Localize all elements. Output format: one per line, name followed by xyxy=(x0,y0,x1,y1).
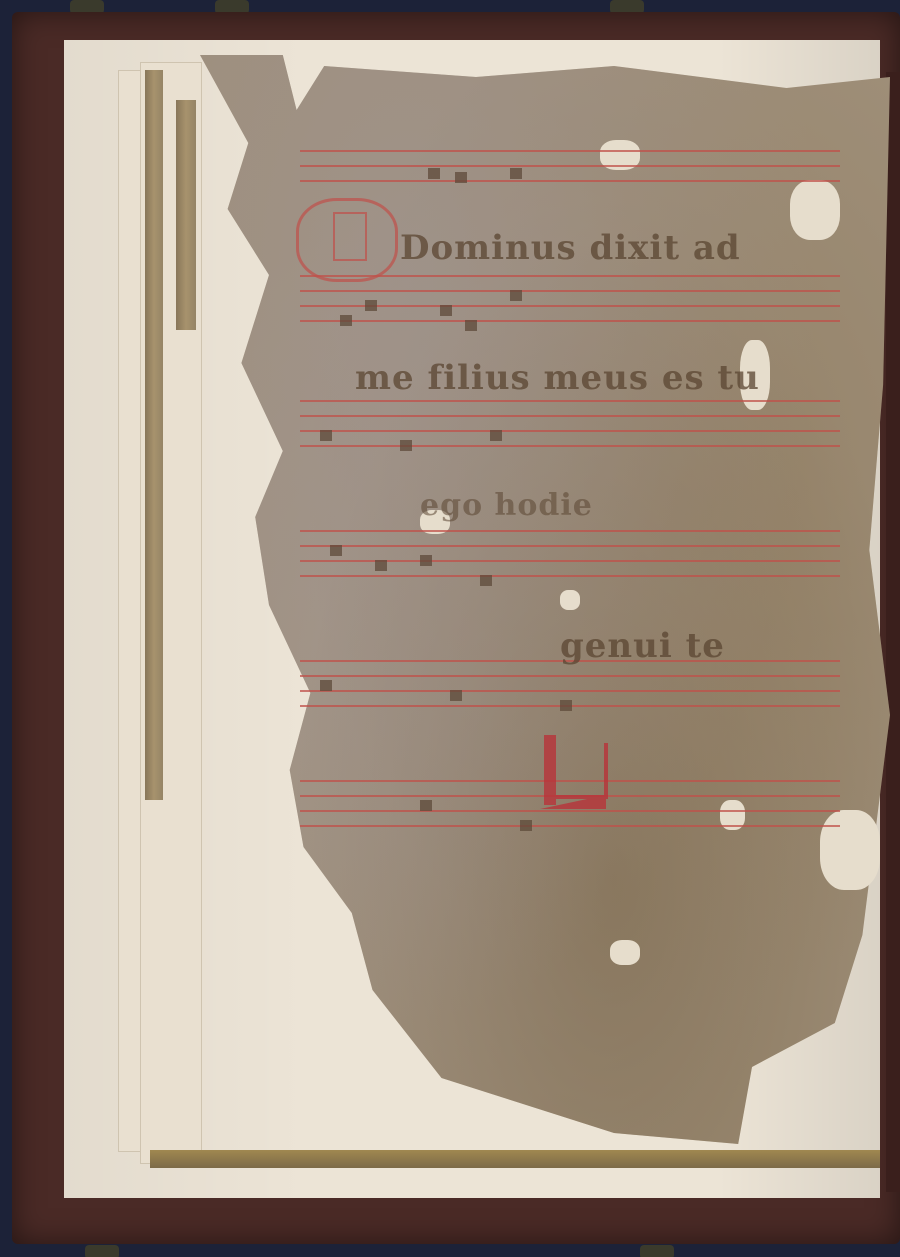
neume xyxy=(520,820,532,831)
neume xyxy=(340,315,352,326)
staff-5 xyxy=(300,660,840,720)
neume xyxy=(480,575,492,586)
neume xyxy=(428,168,440,179)
damage-hole xyxy=(610,940,640,965)
neume xyxy=(330,545,342,556)
neume xyxy=(510,168,522,179)
clasp-bottom-right xyxy=(640,1245,674,1257)
red-rubricated-initial xyxy=(540,735,610,809)
neume xyxy=(560,700,572,711)
parchment-fragment-strip-2 xyxy=(176,100,196,330)
neume xyxy=(440,305,452,316)
chant-text-line-1: Dominus dixit ad xyxy=(400,228,741,268)
neume xyxy=(320,680,332,691)
chant-text-line-3: ego hodie xyxy=(420,488,593,523)
chant-text-line-4: genui te xyxy=(560,626,725,666)
staff-3 xyxy=(300,400,840,460)
neume xyxy=(450,690,462,701)
neume xyxy=(510,290,522,301)
staff-1 xyxy=(300,150,840,195)
neume xyxy=(375,560,387,571)
neume xyxy=(490,430,502,441)
neume xyxy=(365,300,377,311)
neume xyxy=(420,555,432,566)
neume xyxy=(420,800,432,811)
parchment-fragment-strip-1 xyxy=(145,70,163,800)
staff-2 xyxy=(300,275,840,335)
initial-bowl xyxy=(554,743,608,799)
initial-ornament xyxy=(333,212,367,261)
chant-text-line-2: me filius meus es tu xyxy=(355,358,760,398)
damage-hole xyxy=(560,590,580,610)
binding-spine-edge xyxy=(886,72,900,1192)
leaf-bottom-edge xyxy=(150,1150,880,1168)
neume xyxy=(455,172,467,183)
neume xyxy=(400,440,412,451)
neume xyxy=(320,430,332,441)
neume xyxy=(465,320,477,331)
clasp-bottom-left xyxy=(85,1245,119,1257)
